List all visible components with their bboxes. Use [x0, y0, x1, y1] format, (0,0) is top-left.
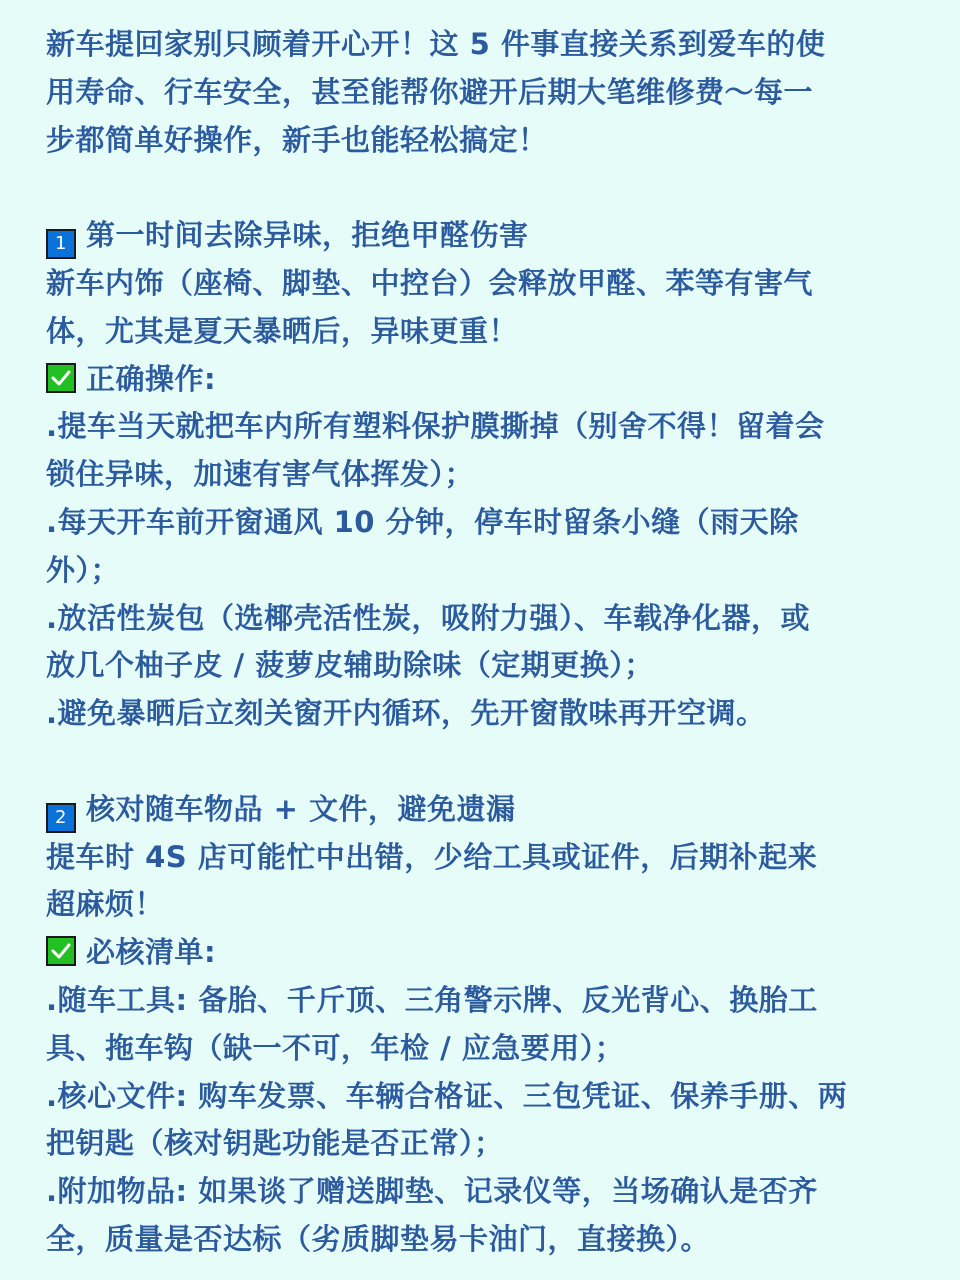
check-mark-icon [46, 936, 76, 966]
section-1: 1第一时间去除异味，拒绝甲醛伤害 新车内饰（座椅、脚垫、中控台）会释放甲醛、苯等… [46, 212, 946, 738]
intro-paragraph: 新车提回家别只顾着开心开！这 5 件事直接关系到爱车的使 用寿命、行车安全，甚至… [46, 21, 946, 164]
list-item: 全，质量是否达标（劣质脚垫易卡油门，直接换）。 [46, 1216, 946, 1264]
keycap-number-icon: 1 [46, 229, 76, 259]
section-heading: 2核对随车物品 + 文件，避免遗漏 [46, 786, 946, 834]
checklist-label: 必核清单: [86, 935, 216, 969]
section-title: 第一时间去除异味，拒绝甲醛伤害 [86, 218, 529, 252]
description-line: 超麻烦！ [46, 881, 946, 929]
description-line: 新车内饰（座椅、脚垫、中控台）会释放甲醛、苯等有害气 [46, 260, 946, 308]
post-content: 新车提回家别只顾着开心开！这 5 件事直接关系到爱车的使 用寿命、行车安全，甚至… [46, 21, 946, 1264]
checklist-heading: 必核清单: [46, 929, 946, 977]
description-line: 提车时 4S 店可能忙中出错，少给工具或证件，后期补起来 [46, 834, 946, 882]
list-item: .避免暴晒后立刻关窗开内循环，先开窗散味再开空调。 [46, 690, 946, 738]
list-item: .提车当天就把车内所有塑料保护膜撕掉（别舍不得！留着会 [46, 403, 946, 451]
checklist-heading: 正确操作: [46, 356, 946, 404]
post-page: 新车提回家别只顾着开心开！这 5 件事直接关系到爱车的使 用寿命、行车安全，甚至… [0, 0, 960, 1280]
list-item: .放活性炭包（选椰壳活性炭，吸附力强）、车载净化器，或 [46, 595, 946, 643]
list-item: 放几个柚子皮 / 菠萝皮辅助除味（定期更换）； [46, 642, 946, 690]
section-2: 2核对随车物品 + 文件，避免遗漏 提车时 4S 店可能忙中出错，少给工具或证件… [46, 786, 946, 1264]
list-item: .核心文件: 购车发票、车辆合格证、三包凭证、保养手册、两 [46, 1073, 946, 1121]
list-item: .每天开车前开窗通风 10 分钟，停车时留条小缝（雨天除 [46, 499, 946, 547]
spacer [46, 164, 946, 212]
list-item: .附加物品: 如果谈了赠送脚垫、记录仪等，当场确认是否齐 [46, 1168, 946, 1216]
keycap-number-icon: 2 [46, 803, 76, 833]
list-item: .随车工具: 备胎、千斤顶、三角警示牌、反光背心、换胎工 [46, 977, 946, 1025]
section-title: 核对随车物品 + 文件，避免遗漏 [86, 792, 516, 826]
checklist-label: 正确操作: [86, 362, 216, 396]
intro-line: 新车提回家别只顾着开心开！这 5 件事直接关系到爱车的使 [46, 21, 946, 69]
list-item: 外）； [46, 547, 946, 595]
spacer [46, 738, 946, 786]
check-mark-icon [46, 363, 76, 393]
list-item: 锁住异味，加速有害气体挥发）； [46, 451, 946, 499]
intro-line: 用寿命、行车安全，甚至能帮你避开后期大笔维修费～每一 [46, 69, 946, 117]
description-line: 体，尤其是夏天暴晒后，异味更重！ [46, 308, 946, 356]
list-item: 把钥匙（核对钥匙功能是否正常）； [46, 1120, 946, 1168]
intro-line: 步都简单好操作，新手也能轻松搞定！ [46, 117, 946, 165]
list-item: 具、拖车钩（缺一不可，年检 / 应急要用）； [46, 1025, 946, 1073]
section-heading: 1第一时间去除异味，拒绝甲醛伤害 [46, 212, 946, 260]
